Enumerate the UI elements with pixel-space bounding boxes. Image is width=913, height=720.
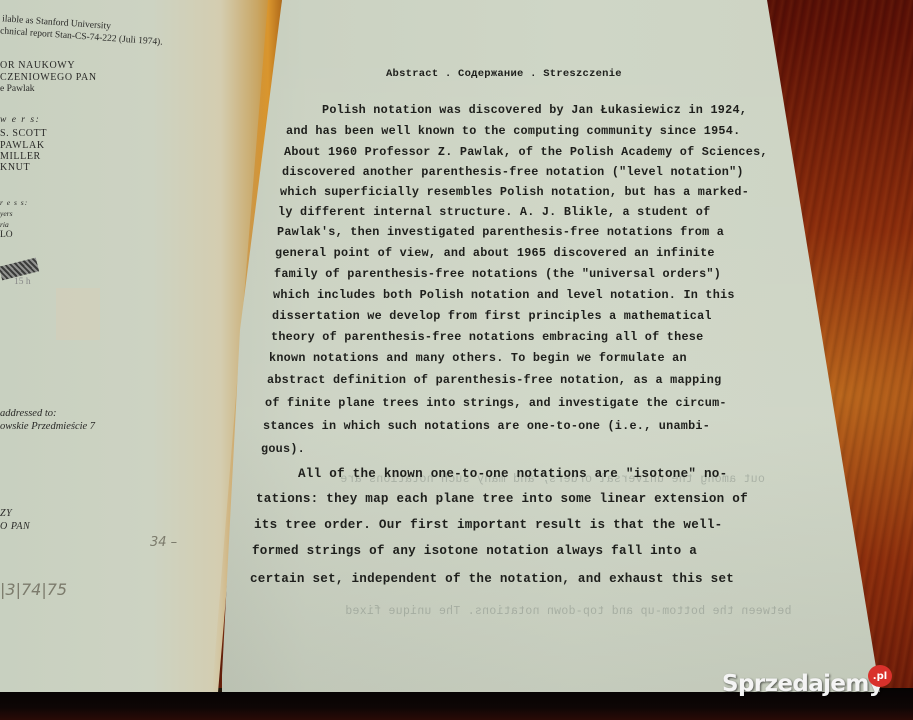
abstract-line: certain set, independent of the notation… bbox=[250, 572, 734, 586]
abstract-line: stances in which such notations are one-… bbox=[263, 419, 710, 433]
abstract-line: and has been well known to the computing… bbox=[286, 124, 740, 138]
abstract-line: known notations and many others. To begi… bbox=[269, 351, 687, 365]
abstract-line: Pawlak's, then investigated parenthesis-… bbox=[277, 225, 724, 239]
abstract-line: tations: they map each plane tree into s… bbox=[256, 492, 748, 506]
abstract-title: Abstract . Содержание . Streszczenie bbox=[386, 68, 622, 80]
abstract-line: abstract definition of parenthesis-free … bbox=[267, 373, 721, 387]
abstract-line: its tree order. Our first important resu… bbox=[254, 518, 722, 532]
abstract-line: ly different internal structure. A. J. B… bbox=[278, 205, 710, 219]
abstract-line: All of the known one-to-one notations ar… bbox=[298, 467, 727, 481]
abstract-line: dissertation we develop from first princ… bbox=[272, 309, 712, 323]
abstract-line: theory of parenthesis-free notations emb… bbox=[271, 330, 703, 344]
abstract-document: Abstract . Содержание . Streszczenie Pol… bbox=[0, 0, 913, 720]
abstract-line: Polish notation was discovered by Jan Łu… bbox=[322, 103, 747, 117]
watermark-badge: .pl bbox=[868, 665, 892, 687]
abstract-line: discovered another parenthesis-free nota… bbox=[282, 165, 744, 179]
abstract-line: formed strings of any isotone notation a… bbox=[252, 544, 697, 558]
watermark-logo: Sprzedajemy bbox=[722, 671, 883, 697]
abstract-line: which includes both Polish notation and … bbox=[273, 288, 735, 302]
abstract-line: general point of view, and about 1965 di… bbox=[275, 246, 715, 260]
abstract-line: which superficially resembles Polish not… bbox=[280, 185, 749, 199]
abstract-line: family of parenthesis-free notations (th… bbox=[274, 267, 721, 281]
abstract-line: About 1960 Professor Z. Pawlak, of the P… bbox=[284, 145, 768, 159]
abstract-line: gous). bbox=[261, 442, 305, 456]
abstract-line: of finite plane trees into strings, and … bbox=[265, 396, 727, 410]
